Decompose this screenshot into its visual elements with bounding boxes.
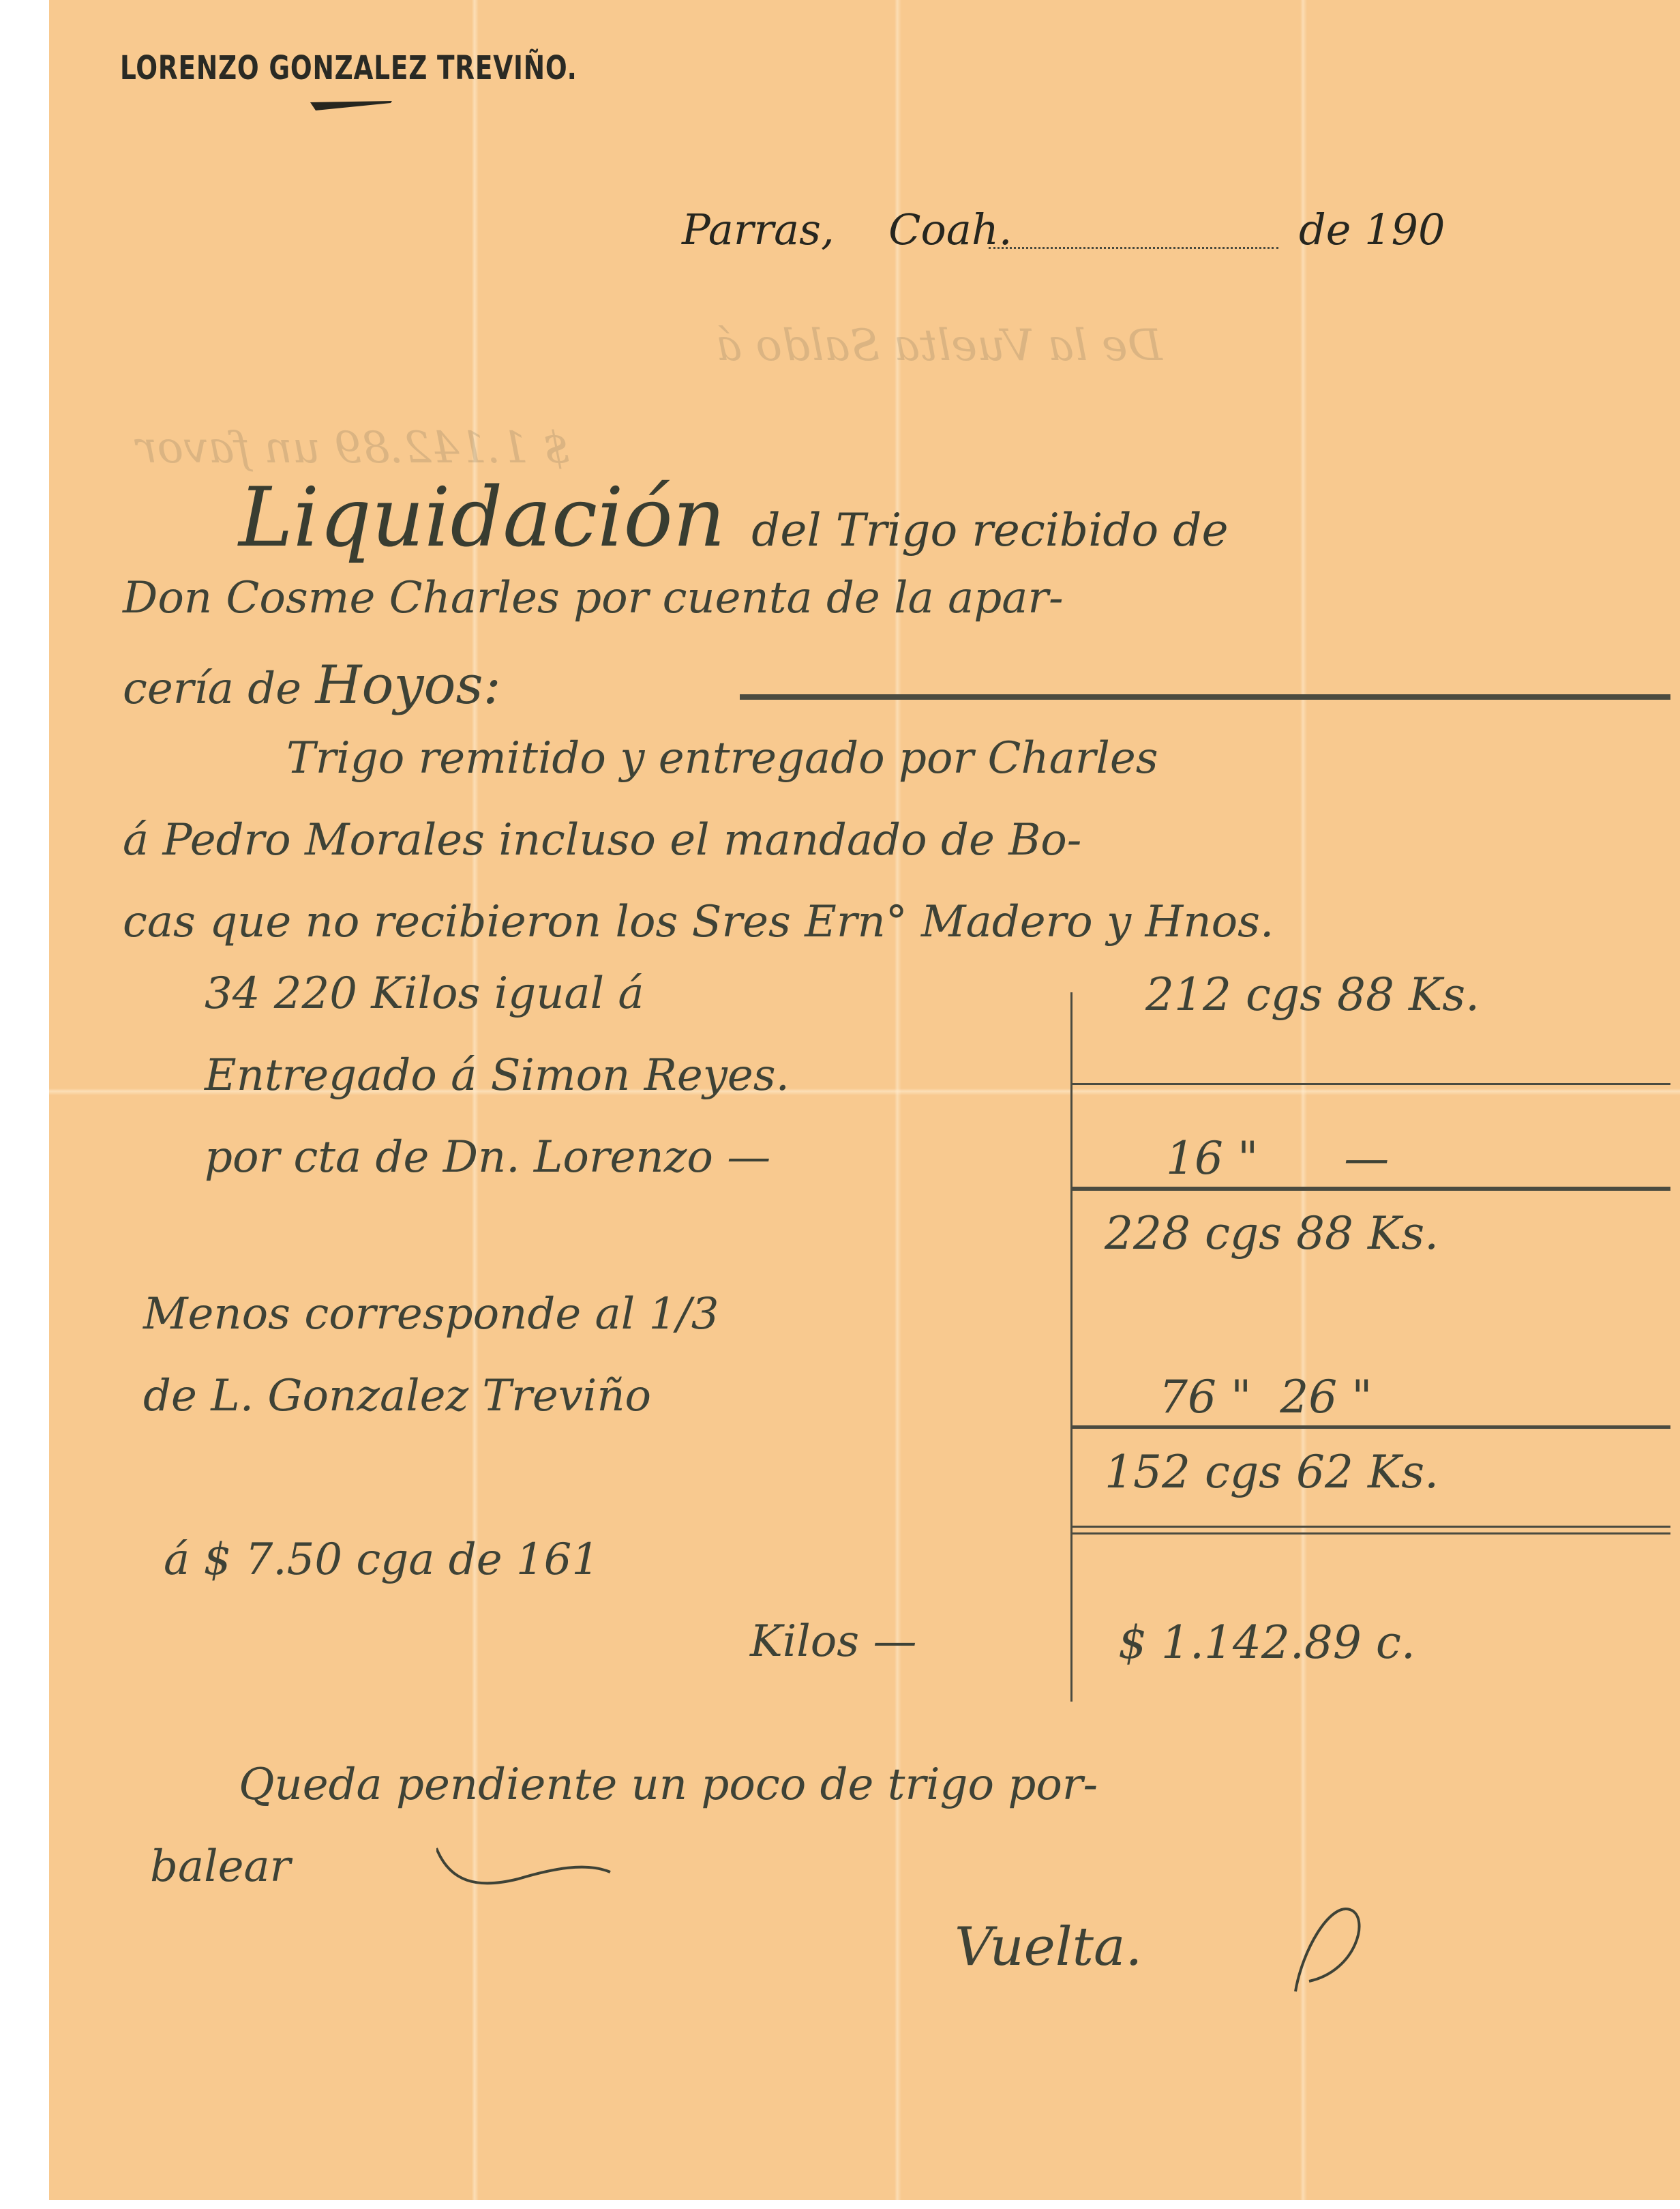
ledger-row-label: á $ 7.50 cga de 161 <box>164 1535 599 1585</box>
ledger-row-amount: 16 " — <box>1166 1132 1389 1185</box>
dateline-place: Parras, Coah. <box>682 205 1012 254</box>
ledger-row-label: Entregado á Simon Reyes. <box>205 1050 790 1101</box>
ledger-subtotal: 228 cgs 88 Ks. <box>1105 1207 1439 1260</box>
note-line-2: balear <box>150 1841 290 1892</box>
ledger-rule <box>1070 1425 1670 1429</box>
description-line-1: Trigo remitido y entregado por Charles <box>286 733 1158 784</box>
ledger-row-amount: 76 " 26 " <box>1159 1371 1372 1423</box>
ledger-row-label: Kilos — <box>750 1616 916 1667</box>
note-line-1: Queda pendiente un poco de trigo por- <box>239 1760 1098 1810</box>
ledger-total: $ 1.142.89 c. <box>1118 1616 1415 1669</box>
document-title: Liquidación del Trigo recibido de <box>239 471 1229 565</box>
ledger-row-amount: 212 cgs 88 Ks. <box>1145 968 1480 1021</box>
ledger-row-label: de L. Gonzalez Treviño <box>143 1371 651 1421</box>
ledger-row-label: Menos corresponde al 1/3 <box>143 1289 719 1339</box>
bleed-through-text: De la Vuelta Saldo á <box>716 321 1162 371</box>
title-heading: Liquidación <box>239 471 725 565</box>
ledger-double-rule-top <box>1070 1526 1670 1528</box>
ledger-row-label: 34 220 Kilos igual á <box>205 968 644 1019</box>
intro-name: Hoyos: <box>315 655 500 716</box>
ledger-rule <box>1070 1187 1670 1191</box>
turn-over-note: Vuelta. <box>955 1916 1142 1978</box>
ledger-row-label: por cta de Dn. Lorenzo — <box>205 1132 770 1183</box>
date-blank-line <box>989 247 1278 249</box>
heading-underline <box>740 694 1670 700</box>
ledger-column-divider <box>1070 992 1072 1702</box>
letterhead-flourish-icon <box>310 101 392 112</box>
note-flourish-icon <box>436 1841 614 1896</box>
ledger-double-rule-bottom <box>1070 1532 1670 1535</box>
dateline-year: de 190 <box>1299 205 1445 254</box>
bleed-through-text: $ 1.142.89 un favor <box>136 423 570 473</box>
letterhead-name: LORENZO GONZALEZ TREVIÑO. <box>120 49 577 87</box>
signature-flourish-icon <box>1282 1896 1384 1998</box>
ledger-net: 152 cgs 62 Ks. <box>1105 1446 1439 1498</box>
ledger-rule <box>1070 1083 1670 1085</box>
description-line-2: á Pedro Morales incluso el mandado de Bo… <box>123 815 1081 865</box>
title-rest: del Trigo recibido de <box>751 504 1228 557</box>
intro-line-2: cería de Hoyos: <box>123 655 501 716</box>
intro-prefix: cería de <box>123 664 301 714</box>
description-line-3: cas que no recibieron los Sres Ern° Made… <box>123 897 1274 947</box>
dateline-city: Parras, <box>682 205 835 254</box>
intro-line-1: Don Cosme Charles por cuenta de la apar- <box>123 573 1064 623</box>
